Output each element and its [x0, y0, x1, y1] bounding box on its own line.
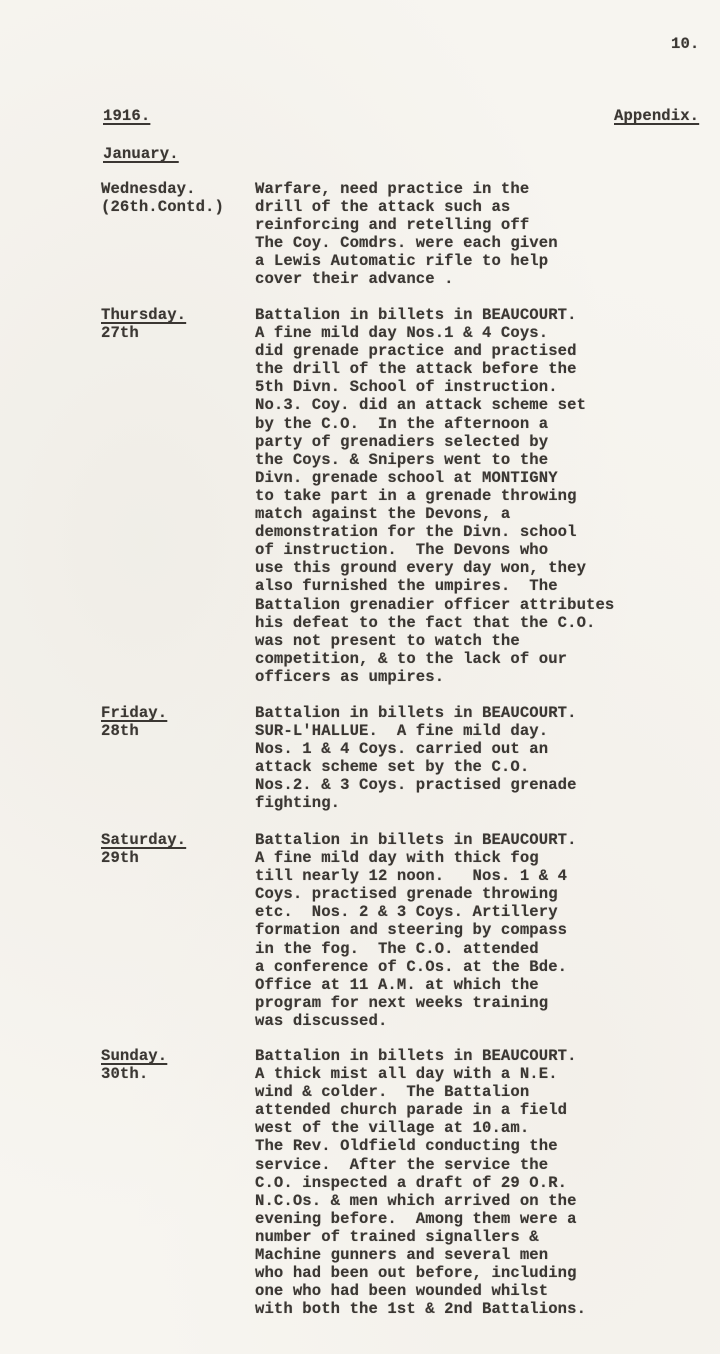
entry-day: Wednesday. [101, 180, 196, 198]
entry-line: C.O. inspected a draft of 29 O.R. [255, 1174, 586, 1192]
entry-line: The Rev. Oldfield conducting the [255, 1137, 586, 1155]
entry-line: with both the 1st & 2nd Battalions. [255, 1300, 586, 1318]
entry-line: Warfare, need practice in the [255, 180, 558, 198]
entry-date: (26th.Contd.) [101, 198, 224, 216]
entry-line: also furnished the umpires. The [255, 577, 614, 595]
appendix-label: Appendix. [614, 107, 699, 125]
entry-line: A fine mild day with thick fog [255, 849, 577, 867]
entry-line: Machine gunners and several men [255, 1246, 586, 1264]
entry-line: use this ground every day won, they [255, 559, 614, 577]
entry-line: was discussed. [255, 1012, 577, 1030]
entry-line: a conference of C.Os. at the Bde. [255, 958, 577, 976]
entry-line: wind & colder. The Battalion [255, 1083, 586, 1101]
entry-date: 29th [101, 849, 139, 867]
entry-day: Saturday. [101, 831, 186, 849]
entry-line: who had been out before, including [255, 1264, 586, 1282]
entry-line: Nos. 1 & 4 Coys. carried out an [255, 740, 577, 758]
entry-body: Battalion in billets in BEAUCOURT.SUR-L'… [255, 704, 577, 813]
entry-line: west of the village at 10.am. [255, 1119, 586, 1137]
entry-line: of instruction. The Devons who [255, 541, 614, 559]
entry-line: attended church parade in a field [255, 1101, 586, 1119]
entry-line: till nearly 12 noon. Nos. 1 & 4 [255, 867, 577, 885]
entry-line: did grenade practice and practised [255, 342, 614, 360]
entry-line: reinforcing and retelling off [255, 216, 558, 234]
entry-line: Battalion in billets in BEAUCOURT. [255, 1047, 586, 1065]
entry-line: attack scheme set by the C.O. [255, 758, 577, 776]
entry-line: in the fog. The C.O. attended [255, 940, 577, 958]
entry-line: Divn. grenade school at MONTIGNY [255, 469, 614, 487]
entry-body: Battalion in billets in BEAUCOURT.A thic… [255, 1047, 586, 1318]
page-number: 10. [671, 35, 699, 53]
entry-line: a Lewis Automatic rifle to help [255, 252, 558, 270]
entry-date: 27th [101, 324, 139, 342]
entry-line: demonstration for the Divn. school [255, 523, 614, 541]
entry-line: program for next weeks training [255, 994, 577, 1012]
entry-date-label: Friday. 28th [101, 704, 167, 740]
month-heading: January. [103, 145, 179, 163]
entry-date-label: Thursday. 27th [101, 306, 186, 342]
entry-date-label: Saturday. 29th [101, 831, 186, 867]
entry-body: Warfare, need practice in thedrill of th… [255, 180, 558, 289]
entry-day: Sunday. [101, 1047, 167, 1065]
typescript-page: 10. 1916. Appendix. January. Wednesday. … [0, 0, 720, 1354]
entry-line: The Coy. Comdrs. were each given [255, 234, 558, 252]
entry-line: the drill of the attack before the [255, 360, 614, 378]
entry-line: party of grenadiers selected by [255, 433, 614, 451]
entry-line: fighting. [255, 794, 577, 812]
entry-line: to take part in a grenade throwing [255, 487, 614, 505]
entry-line: his defeat to the fact that the C.O. [255, 614, 614, 632]
entry-line: Office at 11 A.M. at which the [255, 976, 577, 994]
entry-line: formation and steering by compass [255, 921, 577, 939]
entry-line: officers as umpires. [255, 668, 614, 686]
entry-line: Battalion grenadier officer attributes [255, 596, 614, 614]
entry-day: Thursday. [101, 306, 186, 324]
entry-line: A thick mist all day with a N.E. [255, 1065, 586, 1083]
entry-line: evening before. Among them were a [255, 1210, 586, 1228]
entry-body: Battalion in billets in BEAUCOURT.A fine… [255, 306, 614, 686]
entry-line: Nos.2. & 3 Coys. practised grenade [255, 776, 577, 794]
entry-line: Battalion in billets in BEAUCOURT. [255, 704, 577, 722]
entry-line: the Coys. & Snipers went to the [255, 451, 614, 469]
entry-line: service. After the service the [255, 1156, 586, 1174]
entry-body: Battalion in billets in BEAUCOURT.A fine… [255, 831, 577, 1030]
entry-day: Friday. [101, 704, 167, 722]
entry-line: Battalion in billets in BEAUCOURT. [255, 831, 577, 849]
entry-line: Coys. practised grenade throwing [255, 885, 577, 903]
entry-line: drill of the attack such as [255, 198, 558, 216]
entry-date: 28th [101, 722, 139, 740]
entry-date: 30th. [101, 1065, 148, 1083]
entry-line: N.C.Os. & men which arrived on the [255, 1192, 586, 1210]
entry-line: competition, & to the lack of our [255, 650, 614, 668]
entry-line: by the C.O. In the afternoon a [255, 415, 614, 433]
entry-line: one who had been wounded whilst [255, 1282, 586, 1300]
entry-line: cover their advance . [255, 270, 558, 288]
entry-line: SUR-L'HALLUE. A fine mild day. [255, 722, 577, 740]
entry-line: No.3. Coy. did an attack scheme set [255, 396, 614, 414]
entry-line: match against the Devons, a [255, 505, 614, 523]
entry-line: A fine mild day Nos.1 & 4 Coys. [255, 324, 614, 342]
entry-line: was not present to watch the [255, 632, 614, 650]
entry-date-label: Wednesday. (26th.Contd.) [101, 180, 224, 216]
entry-line: number of trained signallers & [255, 1228, 586, 1246]
entry-line: 5th Divn. School of instruction. [255, 378, 614, 396]
year-heading: 1916. [103, 107, 150, 125]
entry-line: Battalion in billets in BEAUCOURT. [255, 306, 614, 324]
entry-date-label: Sunday. 30th. [101, 1047, 167, 1083]
entry-line: etc. Nos. 2 & 3 Coys. Artillery [255, 903, 577, 921]
